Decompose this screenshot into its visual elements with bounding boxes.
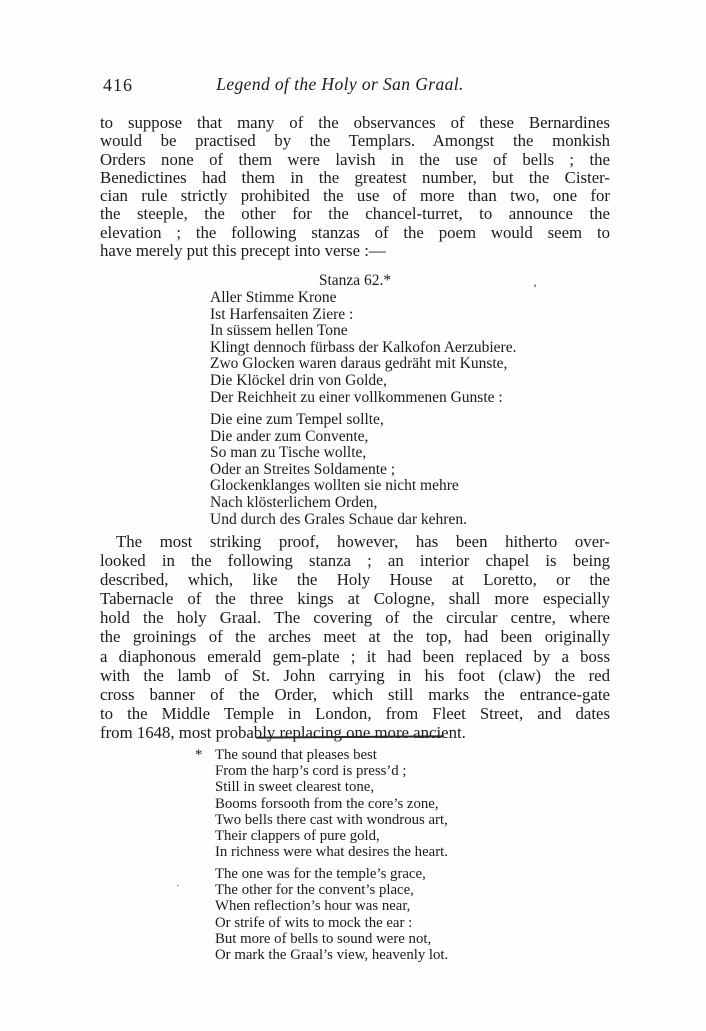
text-line: Ist Harfensaiten Ziere :: [210, 307, 516, 324]
footnote-translation-stanza-1: The sound that pleases bestFrom the harp…: [215, 747, 448, 860]
text-line: In richness were what desires the heart.: [215, 844, 448, 860]
german-verse-stanza-1: Aller Stimme KroneIst Harfensaiten Ziere…: [210, 290, 516, 406]
text-line: Klingt dennoch fürbass der Kalkofon Aerz…: [210, 340, 516, 357]
running-title: Legend of the Holy or San Graal.: [95, 74, 585, 95]
book-page: 416 Legend of the Holy or San Graal. to …: [0, 0, 706, 1031]
german-verse-stanza-2: Die eine zum Tempel sollte,Die ander zum…: [210, 412, 467, 528]
text-line: Der Reichheit zu einer vollkommenen Guns…: [210, 390, 516, 407]
text-line: So man zu Tische wollte,: [210, 445, 467, 462]
text-line: looked in the following stanza ; an inte…: [100, 551, 610, 570]
text-line: Still in sweet clearest tone,: [215, 779, 448, 795]
text-line: Zwo Glocken waren daraus gedräht mit Kun…: [210, 356, 516, 373]
text-line: cian rule strictly prohibited the use of…: [100, 187, 610, 205]
text-line: from 1648, most probably replacing one m…: [100, 723, 610, 742]
paragraph-intro: to suppose that many of the observances …: [100, 114, 610, 260]
text-line: with the lamb of St. John carrying in hi…: [100, 666, 610, 685]
text-line: Their clappers of pure gold,: [215, 828, 448, 844]
text-line: Or mark the Graal’s view, heavenly lot.: [215, 947, 448, 963]
text-line: Aller Stimme Krone: [210, 290, 516, 307]
text-line: But more of bells to sound were not,: [215, 931, 448, 947]
print-artifact-dot: ·: [176, 880, 180, 892]
text-line: the steeple, the other for the chancel-t…: [100, 205, 610, 223]
text-line: described, which, like the Holy House at…: [100, 570, 610, 589]
text-line: hold the holy Graal. The covering of the…: [100, 608, 610, 627]
footnote-asterisk-marker: *: [195, 747, 202, 764]
text-line: Orders none of them were lavish in the u…: [100, 151, 610, 169]
text-line: to suppose that many of the observances …: [100, 114, 610, 132]
text-line: Nach klösterlichem Orden,: [210, 495, 467, 512]
print-artifact-mark: ’: [533, 281, 537, 296]
text-line: Die ander zum Convente,: [210, 429, 467, 446]
text-line: a diaphonous emerald gem-plate ; it had …: [100, 647, 610, 666]
text-line: have merely put this precept into verse …: [100, 242, 610, 260]
text-line: to the Middle Temple in London, from Fle…: [100, 704, 610, 723]
text-line: From the harp’s cord is press’d ;: [215, 763, 448, 779]
text-line: In süssem hellen Tone: [210, 323, 516, 340]
text-line: When reflection’s hour was near,: [215, 898, 448, 914]
text-line: Glockenklanges wollten sie nicht mehre: [210, 478, 467, 495]
text-line: The one was for the temple’s grace,: [215, 866, 448, 882]
footnote-translation-stanza-2: The one was for the temple’s grace,The o…: [215, 866, 448, 963]
text-line: would be practised by the Templars. Amon…: [100, 132, 610, 150]
text-line: The sound that pleases best: [215, 747, 448, 763]
text-line: The most striking proof, however, has be…: [100, 532, 610, 551]
text-line: Oder an Streites Soldamente ;: [210, 462, 467, 479]
text-line: Und durch des Grales Schaue dar kehren.: [210, 512, 467, 529]
text-line: Die eine zum Tempel sollte,: [210, 412, 467, 429]
text-line: Benedictines had them in the greatest nu…: [100, 169, 610, 187]
paragraph-most-striking-proof: The most striking proof, however, has be…: [100, 532, 610, 742]
text-line: cross banner of the Order, which still m…: [100, 685, 610, 704]
text-line: the groinings of the arches meet at the …: [100, 627, 610, 646]
text-line: elevation ; the following stanzas of the…: [100, 224, 610, 242]
text-line: Tabernacle of the three kings at Cologne…: [100, 589, 610, 608]
text-line: Booms forsooth from the core’s zone,: [215, 796, 448, 812]
text-line: The other for the convent’s place,: [215, 882, 448, 898]
text-line: Die Klöckel drin von Golde,: [210, 373, 516, 390]
text-line: Or strife of wits to mock the ear :: [215, 915, 448, 931]
text-line: Two bells there cast with wondrous art,: [215, 812, 448, 828]
